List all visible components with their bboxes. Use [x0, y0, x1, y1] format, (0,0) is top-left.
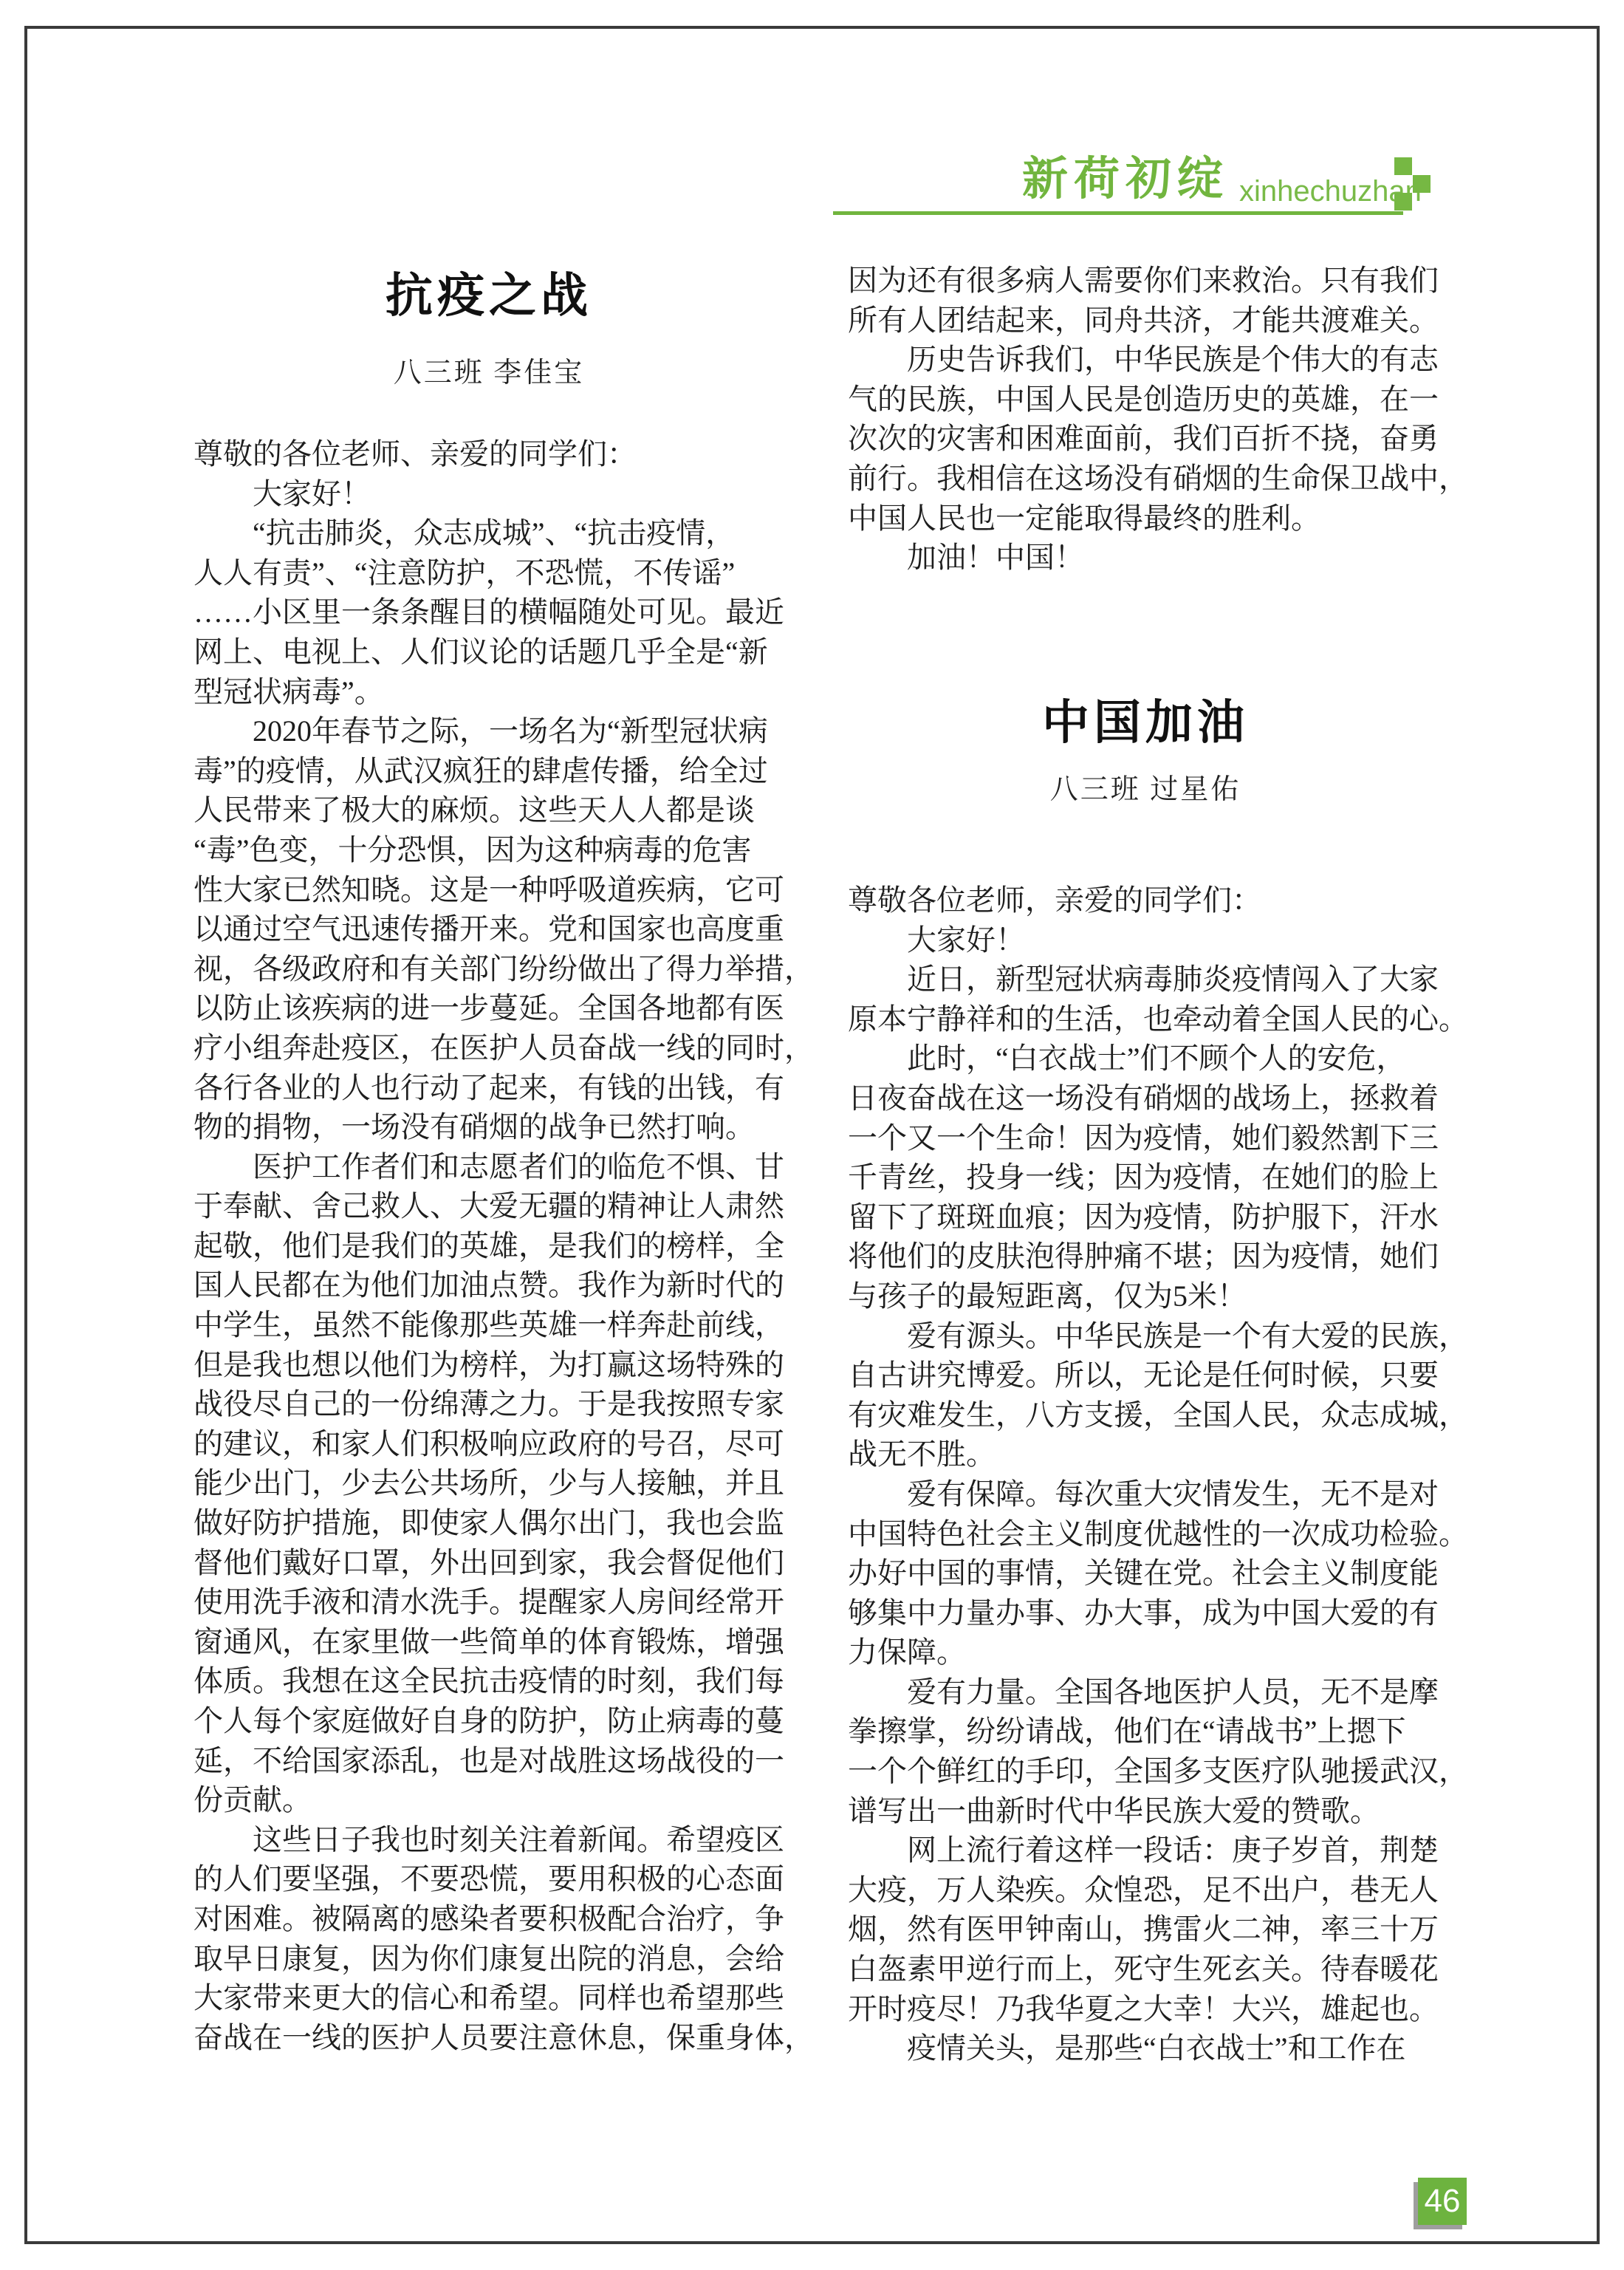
text-line: 大家好！ — [848, 920, 1443, 960]
text-line: 视，各级政府和有关部门纷纷做出了得力举措， — [193, 949, 784, 989]
text-line: 疫情关头，是那些“白衣战士”和工作在 — [848, 2028, 1443, 2068]
text-line: 原本宁静祥和的生活，也牵动着全国人民的心。 — [848, 999, 1443, 1039]
text-line: 将他们的皮肤泡得肿痛不堪；因为疫情，她们 — [848, 1237, 1443, 1276]
text-line: 力保障。 — [848, 1633, 1443, 1672]
text-line: 做好防护措施，即使家人偶尔出门，我也会监 — [193, 1503, 784, 1543]
text-line: 国人民都在为他们加油点赞。我作为新时代的 — [193, 1265, 784, 1305]
text-line: 网上流行着这样一段话：庚子岁首，荆楚 — [848, 1830, 1443, 1870]
text-line: 毒”的疫情，从武汉疯狂的肆虐传播，给全过 — [193, 751, 784, 791]
text-line: 爱有源头。中华民族是一个有大爱的民族， — [848, 1316, 1443, 1356]
text-line: 一个个鲜红的手印，全国多支医疗队驰援武汉， — [848, 1751, 1443, 1791]
article1-title: 抗疫之战 — [193, 272, 784, 321]
text-line: 白盔素甲逆行而上，死守生死玄关。待春暖花 — [848, 1949, 1443, 1989]
text-line: 与孩子的最短距离，仅为5米！ — [848, 1276, 1443, 1316]
text-line: 中国人民也一定能取得最终的胜利。 — [848, 499, 1443, 539]
text-line: 谱写出一曲新时代中华民族大爱的赞歌。 — [848, 1791, 1443, 1831]
text-line: 的人们要坚强，不要恐慌，要用积极的心态面 — [193, 1859, 784, 1899]
text-line: 次次的灾害和困难面前，我们百折不挠，奋勇 — [848, 419, 1443, 459]
text-line: 因为还有很多病人需要你们来救治。只有我们 — [848, 261, 1443, 301]
article1-author: 八三班 李佳宝 — [193, 358, 784, 389]
text-line: ……小区里一条条醒目的横幅随处可见。最近 — [193, 592, 784, 632]
text-line: 中学生，虽然不能像那些英雄一样奔赴前线， — [193, 1305, 784, 1345]
text-line: 性大家已然知晓。这是一种呼吸道疾病，它可 — [193, 870, 784, 910]
text-line: 有灾难发生，八方支援，全国人民，众志成城， — [848, 1395, 1443, 1435]
text-line: 近日，新型冠状病毒肺炎疫情闯入了大家 — [848, 960, 1443, 999]
text-line: 份贡献。 — [193, 1780, 784, 1820]
text-line: 于奉献、舍己救人、大爱无疆的精神让人肃然 — [193, 1186, 784, 1226]
text-line: 开时疫尽！乃我华夏之大幸！大兴，雄起也。 — [848, 1989, 1443, 2029]
text-line: 个人每个家庭做好自身的防护，防止病毒的蔓 — [193, 1701, 784, 1741]
text-line: 的建议，和家人们积极响应政府的号召，尽可 — [193, 1424, 784, 1464]
text-line: 疗小组奔赴疫区，在医护人员奋战一线的同时， — [193, 1028, 784, 1068]
text-line: 中国特色社会主义制度优越性的一次成功检验。 — [848, 1514, 1443, 1554]
article1-body-column2: 因为还有很多病人需要你们来救治。只有我们所有人团结起来，同舟共济，才能共渡难关。… — [848, 261, 1443, 578]
text-line: 大家好！ — [193, 474, 784, 514]
text-line: 以防止该疾病的进一步蔓延。全国各地都有医 — [193, 988, 784, 1028]
text-line: 拳擦掌，纷纷请战，他们在“请战书”上摁下 — [848, 1712, 1443, 1751]
article2-body: 尊敬各位老师，亲爱的同学们： 大家好！ 近日，新型冠状病毒肺炎疫情闯入了大家原本… — [848, 881, 1443, 2068]
text-line: 战无不胜。 — [848, 1435, 1443, 1474]
text-line: 尊敬的各位老师、亲爱的同学们： — [193, 434, 784, 474]
text-line: 前行。我相信在这场没有硝烟的生命保卫战中， — [848, 459, 1443, 499]
text-line: 各行各业的人也行动了起来，有钱的出钱，有 — [193, 1068, 784, 1108]
text-line: 大家带来更大的信心和希望。同样也希望那些 — [193, 1978, 784, 2018]
text-line: 加油！中国！ — [848, 538, 1443, 578]
page-number-badge: 46 — [1418, 2178, 1467, 2225]
magazine-page: 新荷初绽 xinhechuzhan 抗疫之战 八三班 李佳宝 尊敬的各位老师、亲… — [0, 0, 1624, 2270]
text-line: 窗通风，在家里做一些简单的体育锻炼，增强 — [193, 1622, 784, 1662]
text-line: 爱有保障。每次重大灾情发生，无不是对 — [848, 1474, 1443, 1514]
text-line: 物的捐物，一场没有硝烟的战争已然打响。 — [193, 1107, 784, 1147]
text-line: 历史告诉我们，中华民族是个伟大的有志 — [848, 340, 1443, 380]
text-line: 医护工作者们和志愿者们的临危不惧、甘 — [193, 1147, 784, 1187]
text-line: 爱有力量。全国各地医护人员，无不是摩 — [848, 1672, 1443, 1712]
text-line: 人民带来了极大的麻烦。这些天人人都是谈 — [193, 790, 784, 830]
text-line: 留下了斑斑血痕；因为疫情，防护服下，汗水 — [848, 1197, 1443, 1237]
text-line: 日夜奋战在这一场没有硝烟的战场上，拯救着 — [848, 1078, 1443, 1118]
text-line: 以通过空气迅速传播开来。党和国家也高度重 — [193, 909, 784, 949]
text-line: 千青丝，投身一线；因为疫情，在她们的脸上 — [848, 1158, 1443, 1197]
right-column: 因为还有很多病人需要你们来救治。只有我们所有人团结起来，同舟共济，才能共渡难关。… — [848, 0, 1443, 2270]
article1-body-column1: 尊敬的各位老师、亲爱的同学们： 大家好！ “抗击肺炎，众志成城”、“抗击疫情，人… — [193, 434, 784, 2057]
text-line: 能少出门，少去公共场所，少与人接触，并且 — [193, 1463, 784, 1503]
text-line: 办好中国的事情，关键在党。社会主义制度能 — [848, 1553, 1443, 1593]
text-line: “抗击肺炎，众志成城”、“抗击疫情， — [193, 513, 784, 553]
text-line: 对困难。被隔离的感染者要积极配合治疗，争 — [193, 1899, 784, 1939]
text-line: 所有人团结起来，同舟共济，才能共渡难关。 — [848, 301, 1443, 341]
left-column: 抗疫之战 八三班 李佳宝 尊敬的各位老师、亲爱的同学们： 大家好！ “抗击肺炎，… — [193, 0, 784, 2270]
text-line: “毒”色变，十分恐惧，因为这种病毒的危害 — [193, 830, 784, 870]
text-line: 延，不给国家添乱，也是对战胜这场战役的一 — [193, 1741, 784, 1781]
text-line: 起敬，他们是我们的英雄，是我们的榜样，全 — [193, 1226, 784, 1266]
text-line: 使用洗手液和清水洗手。提醒家人房间经常开 — [193, 1582, 784, 1622]
text-line: 一个又一个生命！因为疫情，她们毅然割下三 — [848, 1118, 1443, 1158]
article2-title: 中国加油 — [848, 699, 1443, 748]
text-line: 人人有责”、“注意防护，不恐慌，不传谣” — [193, 553, 784, 593]
text-line: 2020年春节之际，一场名为“新型冠状病 — [193, 711, 784, 751]
text-line: 奋战在一线的医护人员要注意休息，保重身体， — [193, 2018, 784, 2058]
text-line: 这些日子我也时刻关注着新闻。希望疫区 — [193, 1820, 784, 1860]
text-line: 烟，然有医甲钟南山，携雷火二神，率三十万 — [848, 1910, 1443, 1949]
text-line: 战役尽自己的一份绵薄之力。于是我按照专家 — [193, 1384, 784, 1424]
text-line: 型冠状病毒”。 — [193, 672, 784, 712]
text-line: 督他们戴好口罩，外出回到家，我会督促他们 — [193, 1543, 784, 1583]
text-line: 取早日康复，因为你们康复出院的消息，会给 — [193, 1939, 784, 1979]
text-line: 气的民族，中国人民是创造历史的英雄，在一 — [848, 380, 1443, 420]
text-line: 网上、电视上、人们议论的话题几乎全是“新 — [193, 632, 784, 672]
text-line: 大疫，万人染疾。众惶恐，足不出户，巷无人 — [848, 1870, 1443, 1910]
text-line: 此时，“白衣战士”们不顾个人的安危， — [848, 1039, 1443, 1078]
text-line: 自古讲究博爱。所以，无论是任何时候，只要 — [848, 1355, 1443, 1395]
text-line: 尊敬各位老师，亲爱的同学们： — [848, 881, 1443, 920]
text-line: 够集中力量办事、办大事，成为中国大爱的有 — [848, 1593, 1443, 1633]
text-line: 但是我也想以他们为榜样，为打赢这场特殊的 — [193, 1345, 784, 1385]
article2-author: 八三班 过星佑 — [848, 774, 1443, 805]
text-line: 体质。我想在这全民抗击疫情的时刻，我们每 — [193, 1661, 784, 1701]
